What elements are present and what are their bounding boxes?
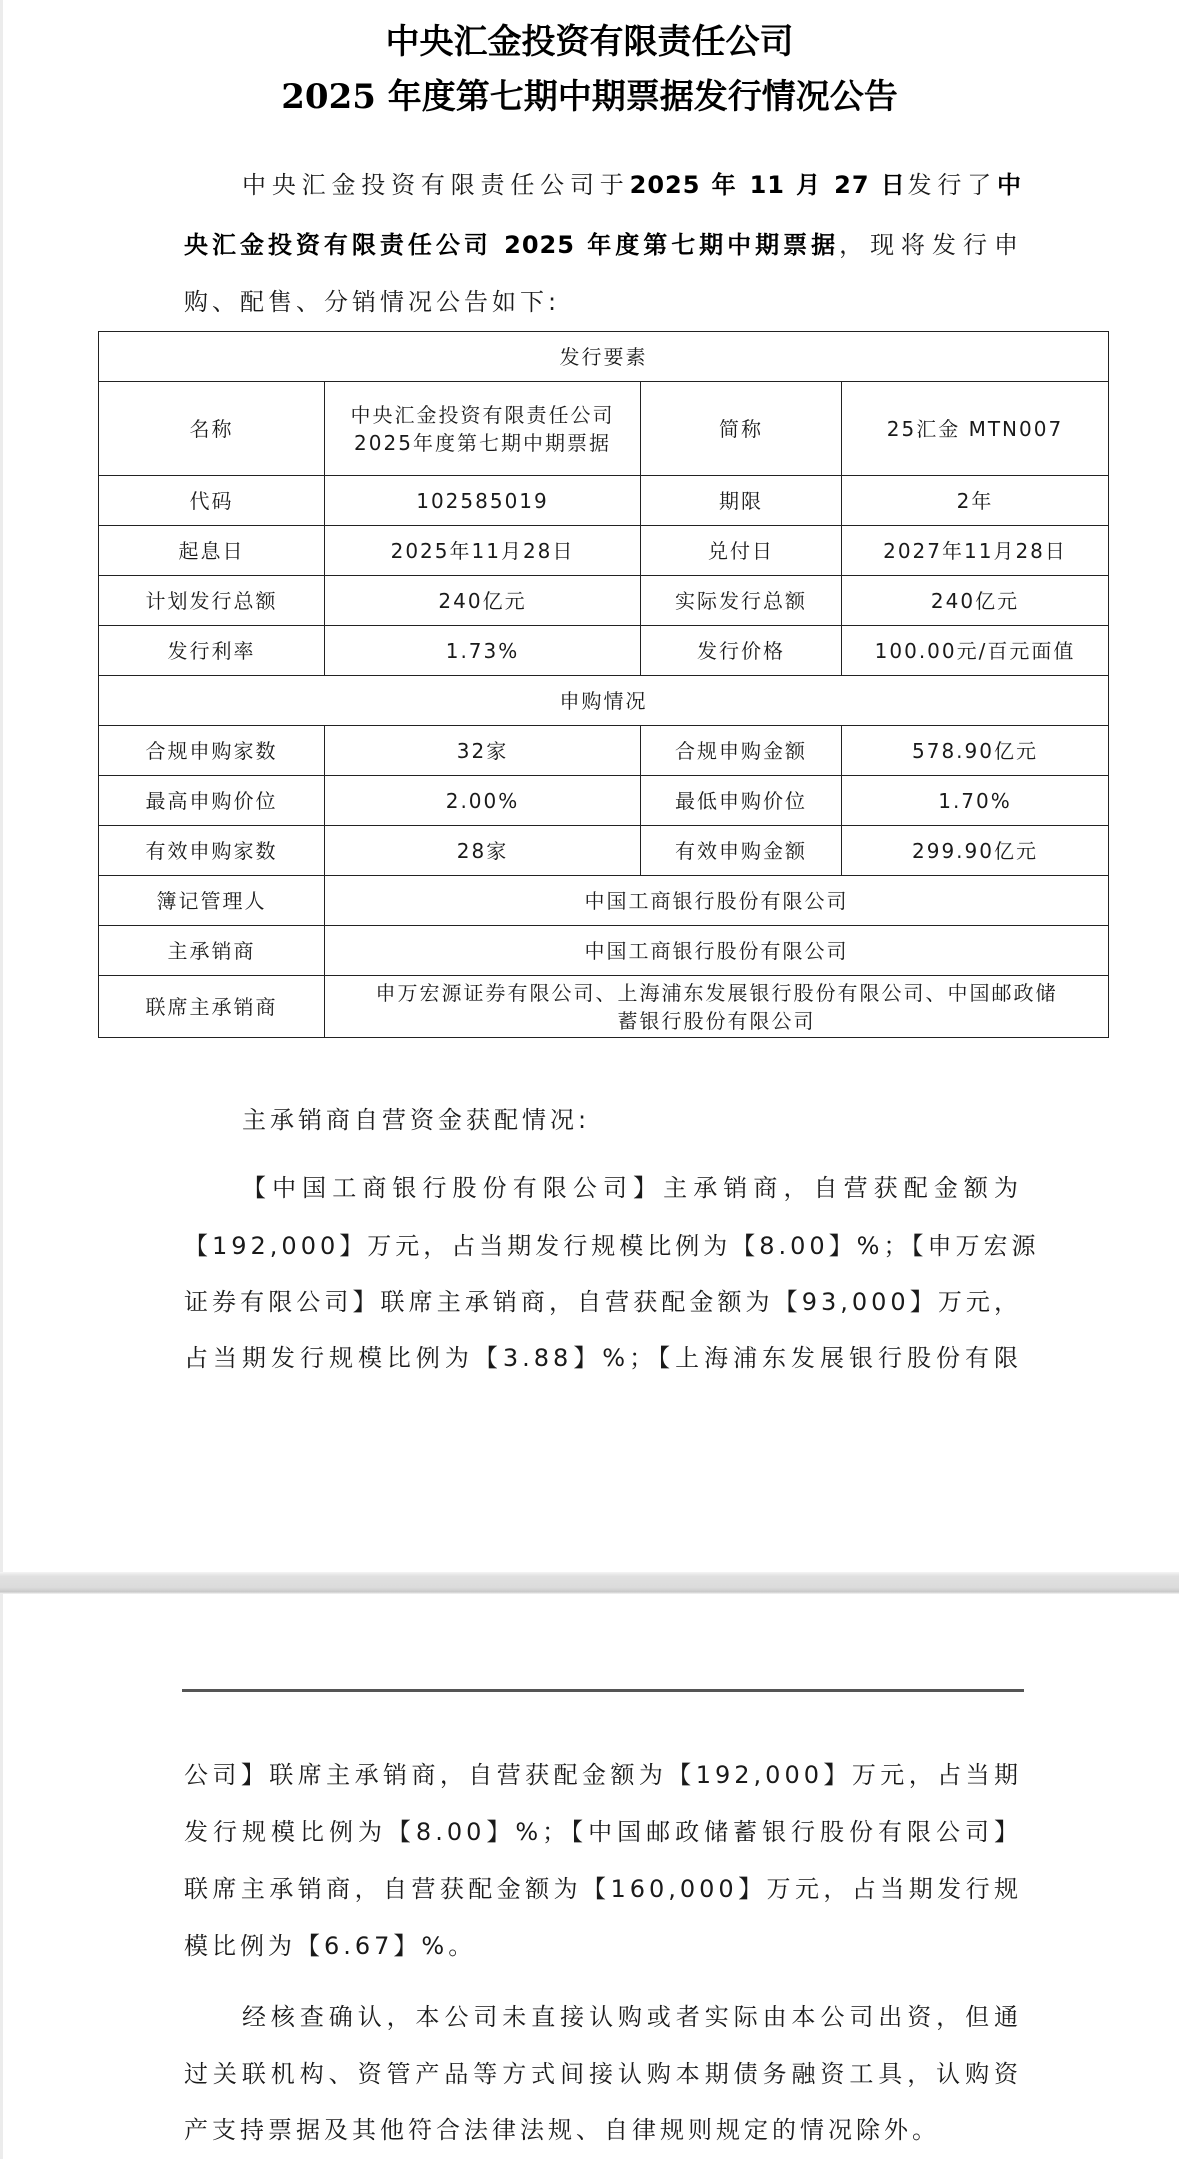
allocation-line-1: 【中国工商银行股份有限公司】主承销商，自营获配金额为 [242, 1171, 1022, 1205]
section-header-issuance-elements: 发行要素 [99, 332, 1109, 382]
page-left-edge [0, 0, 3, 2159]
value-lowest-bid: 1.70% [842, 776, 1109, 826]
intro-line-3: 购、配售、分销情况公告如下: [184, 285, 560, 319]
label-lowest-bid: 最低申购价位 [641, 776, 842, 826]
value-maturity-date: 2027年11月28日 [842, 526, 1109, 576]
label-value-date: 起息日 [99, 526, 325, 576]
allocation-heading: 主承销商自营资金获配情况: [242, 1103, 590, 1137]
value-highest-bid: 2.00% [325, 776, 641, 826]
label-joint-lead-underwriters: 联席主承销商 [99, 976, 325, 1038]
confirmation-line-1: 经核查确认，本公司未直接认购或者实际由本公司出资，但通 [242, 2000, 1022, 2034]
intro-text: 发行了 [908, 171, 997, 199]
value-planned-amount: 240亿元 [325, 576, 641, 626]
label-compliant-amount: 合规申购金额 [641, 726, 842, 776]
label-price: 发行价格 [641, 626, 842, 676]
value-compliant-amount: 578.90亿元 [842, 726, 1109, 776]
label-short-name: 简称 [641, 382, 842, 476]
label-lead-underwriter: 主承销商 [99, 926, 325, 976]
label-actual-amount: 实际发行总额 [641, 576, 842, 626]
label-name: 名称 [99, 382, 325, 476]
value-code: 102585019 [325, 476, 641, 526]
title-line-1: 中央汇金投资有限责任公司 [0, 22, 1179, 62]
joint-lead-line-2: 蓄银行股份有限公司 [329, 1007, 1104, 1035]
value-value-date: 2025年11月28日 [325, 526, 641, 576]
value-compliant-count: 32家 [325, 726, 641, 776]
intro-line-1: 中央汇金投资有限责任公司于2025 年 11 月 27 日发行了中 [242, 168, 1022, 202]
label-rate: 发行利率 [99, 626, 325, 676]
value-joint-lead-underwriters: 申万宏源证券有限公司、上海浦东发展银行股份有限公司、中国邮政储蓄银行股份有限公司 [325, 976, 1109, 1038]
allocation-line-8: 模比例为【6.67】%。 [184, 1929, 476, 1963]
label-planned-amount: 计划发行总额 [99, 576, 325, 626]
value-bookrunner: 中国工商银行股份有限公司 [325, 876, 1109, 926]
value-term: 2年 [842, 476, 1109, 526]
label-code: 代码 [99, 476, 325, 526]
value-name: 中央汇金投资有限责任公司2025年度第七期中期票据 [325, 382, 641, 476]
allocation-line-5: 公司】联席主承销商，自营获配金额为【192,000】万元，占当期 [184, 1758, 1022, 1792]
allocation-line-6: 发行规模比例为【8.00】%；【中国邮政储蓄银行股份有限公司】 [184, 1815, 1022, 1849]
value-rate: 1.73% [325, 626, 641, 676]
intro-text: 中央汇金投资有限责任公司于 [242, 171, 630, 199]
intro-line-2: 央汇金投资有限责任公司 2025 年度第七期中期票据，现将发行申 [184, 228, 1022, 262]
value-price: 100.00元/百元面值 [842, 626, 1109, 676]
label-compliant-count: 合规申购家数 [99, 726, 325, 776]
allocation-line-2: 【192,000】万元，占当期发行规模比例为【8.00】%；【申万宏源 [184, 1229, 1022, 1263]
value-short-name: 25汇金 MTN007 [842, 382, 1109, 476]
issuance-table: 发行要素 名称 中央汇金投资有限责任公司2025年度第七期中期票据 简称 25汇… [98, 331, 1109, 1038]
title-line-2: 2025 年度第七期中期票据发行情况公告 [0, 77, 1179, 117]
page-break [0, 1572, 1179, 1594]
header-rule [182, 1689, 1024, 1692]
value-name-line-2: 2025年度第七期中期票据 [329, 429, 636, 457]
confirmation-line-3: 产支持票据及其他符合法律法规、自律规则规定的情况除外。 [184, 2113, 940, 2147]
value-valid-count: 28家 [325, 826, 641, 876]
issue-date: 2025 年 11 月 27 日 [630, 171, 908, 199]
intro-text-bold: 中 [997, 171, 1022, 199]
joint-lead-line-1: 申万宏源证券有限公司、上海浦东发展银行股份有限公司、中国邮政储 [329, 979, 1104, 1007]
label-valid-count: 有效申购家数 [99, 826, 325, 876]
intro-text: ，现将发行申 [839, 231, 1022, 259]
value-name-line-1: 中央汇金投资有限责任公司 [329, 401, 636, 429]
allocation-line-4: 占当期发行规模比例为【3.88】%；【上海浦东发展银行股份有限 [184, 1341, 1022, 1375]
allocation-line-3: 证券有限公司】联席主承销商，自营获配金额为【93,000】万元， [184, 1285, 1022, 1319]
label-maturity-date: 兑付日 [641, 526, 842, 576]
value-actual-amount: 240亿元 [842, 576, 1109, 626]
allocation-line-7: 联席主承销商，自营获配金额为【160,000】万元，占当期发行规 [184, 1872, 1022, 1906]
label-bookrunner: 簿记管理人 [99, 876, 325, 926]
label-valid-amount: 有效申购金额 [641, 826, 842, 876]
note-name: 央汇金投资有限责任公司 2025 年度第七期中期票据 [184, 231, 839, 259]
label-term: 期限 [641, 476, 842, 526]
label-highest-bid: 最高申购价位 [99, 776, 325, 826]
value-lead-underwriter: 中国工商银行股份有限公司 [325, 926, 1109, 976]
value-valid-amount: 299.90亿元 [842, 826, 1109, 876]
section-header-subscription: 申购情况 [99, 676, 1109, 726]
confirmation-line-2: 过关联机构、资管产品等方式间接认购本期债务融资工具，认购资 [184, 2057, 1022, 2091]
